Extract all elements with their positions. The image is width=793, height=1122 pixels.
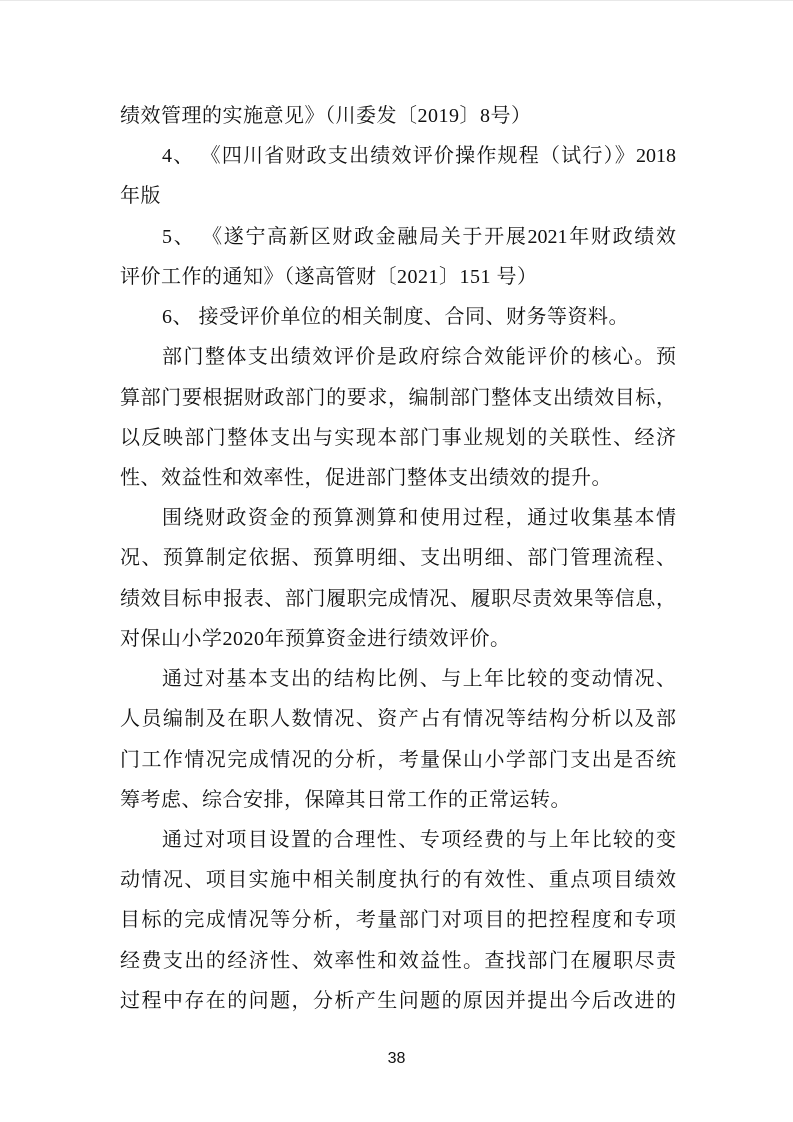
- text-line: 以反映部门整体支出与实现本部门事业规划的关联性、经济: [120, 418, 676, 458]
- text-line: 年版: [120, 176, 676, 216]
- text-line: 目标的完成情况等分析，考量部门对项目的把控程度和专项: [120, 900, 676, 940]
- text-line: 算部门要根据财政部门的要求，编制部门整体支出绩效目标，: [120, 378, 676, 418]
- text-line: 绩效管理的实施意见》（川委发〔2019〕8号）: [120, 96, 676, 136]
- text-line: 部门整体支出绩效评价是政府综合效能评价的核心。预: [120, 337, 676, 377]
- text-line: 门工作情况完成情况的分析，考量保山小学部门支出是否统: [120, 740, 676, 780]
- page-number: 38: [0, 1049, 793, 1069]
- text-line: 性、效益性和效率性，促进部门整体支出绩效的提升。: [120, 458, 676, 498]
- text-line: 对保山小学2020年预算资金进行绩效评价。: [120, 619, 676, 659]
- text-line: 围绕财政资金的预算测算和使用过程，通过收集基本情: [120, 498, 676, 538]
- text-line: 4、 《四川省财政支出绩效评价操作规程（试行）》2018: [120, 136, 676, 176]
- document-body: 绩效管理的实施意见》（川委发〔2019〕8号） 4、 《四川省财政支出绩效评价操…: [120, 96, 676, 1021]
- text-line: 过程中存在的问题，分析产生问题的原因并提出今后改进的: [120, 981, 676, 1021]
- text-line: 5、 《遂宁高新区财政金融局关于开展2021年财政绩效: [120, 217, 676, 257]
- page-top-edge: [0, 0, 793, 1]
- text-line: 评价工作的通知》（遂高管财〔2021〕151 号）: [120, 257, 676, 297]
- text-line: 通过对项目设置的合理性、专项经费的与上年比较的变: [120, 820, 676, 860]
- text-line: 6、 接受评价单位的相关制度、合同、财务等资料。: [120, 297, 676, 337]
- text-line: 人员编制及在职人数情况、资产占有情况等结构分析以及部: [120, 699, 676, 739]
- text-line: 经费支出的经济性、效率性和效益性。查找部门在履职尽责: [120, 941, 676, 981]
- text-line: 绩效目标申报表、部门履职完成情况、履职尽责效果等信息，: [120, 579, 676, 619]
- text-line: 通过对基本支出的结构比例、与上年比较的变动情况、: [120, 659, 676, 699]
- text-line: 筹考虑、综合安排，保障其日常工作的正常运转。: [120, 780, 676, 820]
- text-line: 况、预算制定依据、预算明细、支出明细、部门管理流程、: [120, 538, 676, 578]
- text-line: 动情况、项目实施中相关制度执行的有效性、重点项目绩效: [120, 860, 676, 900]
